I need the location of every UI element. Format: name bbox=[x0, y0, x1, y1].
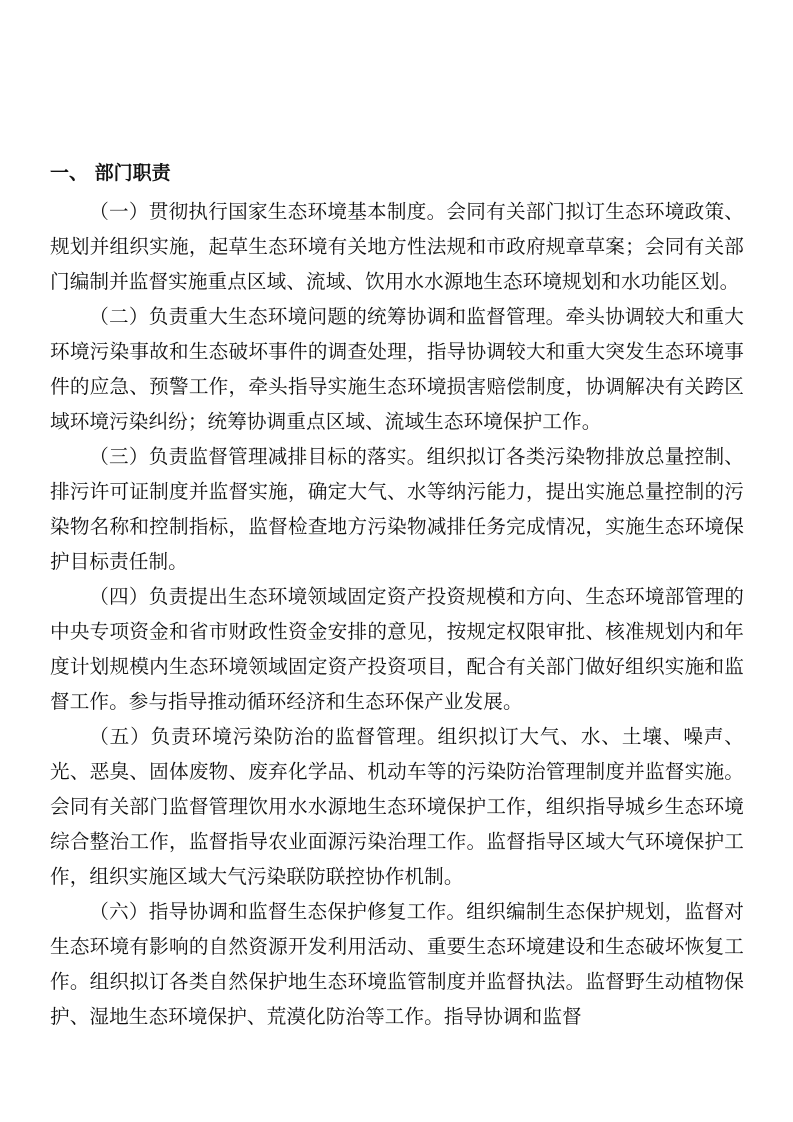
paragraph-5: （五）负责环境污染防治的监督管理。组织拟订大气、水、土壤、噪声、光、恶臭、固体废… bbox=[50, 719, 744, 894]
paragraph-4: （四）负责提出生态环境领域固定资产投资规模和方向、生态环境部管理的中央专项资金和… bbox=[50, 579, 744, 719]
paragraph-1: （一）贯彻执行国家生态环境基本制度。会同有关部门拟订生态环境政策、规划并组织实施… bbox=[50, 194, 744, 299]
document-page: 一、 部门职责 （一）贯彻执行国家生态环境基本制度。会同有关部门拟订生态环境政策… bbox=[50, 158, 744, 1034]
paragraph-3: （三）负责监督管理减排目标的落实。组织拟订各类污染物排放总量控制、排污许可证制度… bbox=[50, 439, 744, 579]
paragraph-2: （二）负责重大生态环境问题的统筹协调和监督管理。牵头协调较大和重大环境污染事故和… bbox=[50, 299, 744, 439]
section-heading: 一、 部门职责 bbox=[50, 158, 744, 188]
paragraph-6: （六）指导协调和监督生态保护修复工作。组织编制生态保护规划，监督对生态环境有影响… bbox=[50, 894, 744, 1034]
